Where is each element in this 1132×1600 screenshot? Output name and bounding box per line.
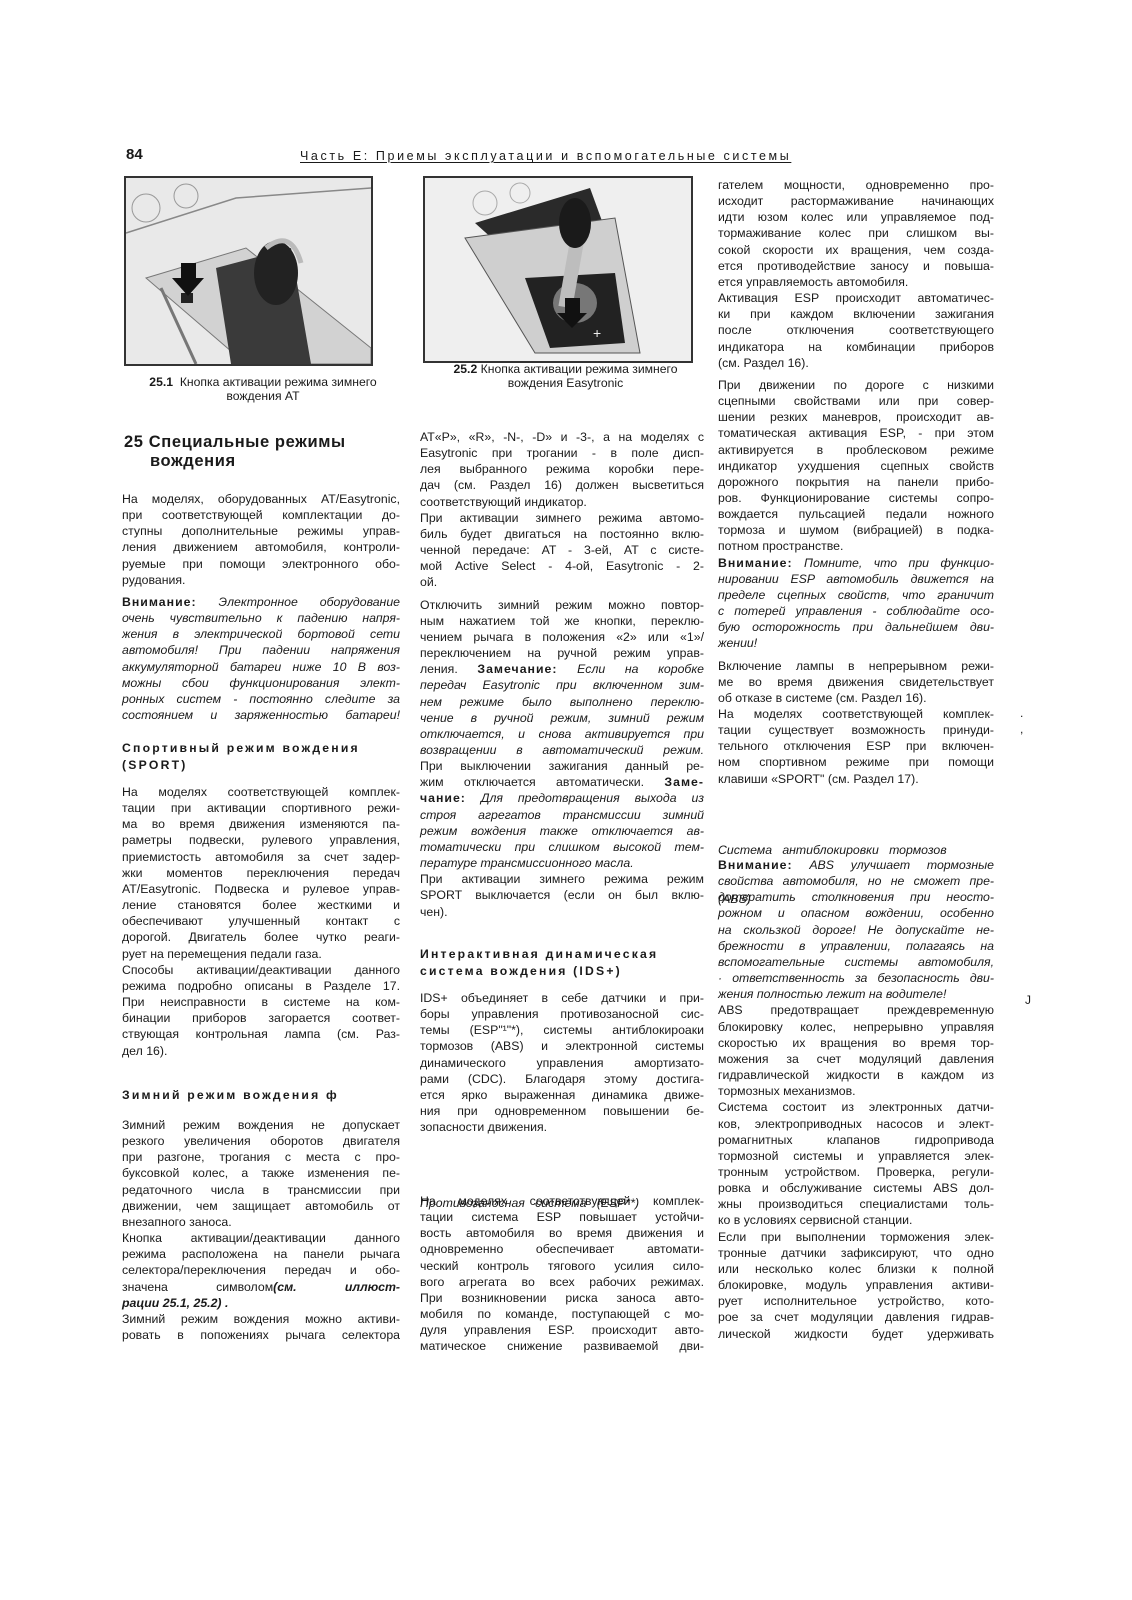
- text-line: дотвратить столкновения при неосто-: [718, 889, 994, 905]
- text-line: мобиля по команде, поступающей с мо-: [420, 1306, 704, 1322]
- text-line: ровать в попожениях рычага селектора: [122, 1327, 400, 1343]
- text-line: Easytronic при трогании - в поле дисп-: [420, 445, 704, 461]
- text-line: тельного отключения ESP при включен-: [718, 738, 994, 754]
- text-line: рует исполнительное устройство, кото-: [718, 1293, 994, 1309]
- running-title: Часть Е: Приемы эксплуатации и вспомогат…: [300, 149, 791, 163]
- text-line: Для предотвращения выхода из: [481, 791, 704, 805]
- column-1: На моделях, оборудованных AT/Easytronic,…: [122, 491, 400, 723]
- text-line: На моделях соответствующей комплек-: [420, 1193, 704, 1209]
- section-title: Специальные режимы: [149, 433, 346, 451]
- caption-text: Кнопка активации режима зимнего: [180, 375, 377, 389]
- text-line: томатически при слишком высокой тем-: [420, 839, 704, 855]
- text-line: ния при одновременном повышении бе-: [420, 1103, 704, 1119]
- text-line: при разгоне, трогания с места с про-: [122, 1149, 400, 1165]
- text-line: ления.: [420, 662, 458, 676]
- text-line: тронные датчики зафиксируют, что одно: [718, 1245, 994, 1261]
- paragraph: гателем мощности, одновременно про- исхо…: [718, 177, 994, 371]
- intro-paragraph: На моделях, оборудованных AT/Easytronic,…: [122, 491, 400, 588]
- text-line: аккумуляторной батареи ниже 10 В воз-: [122, 659, 400, 675]
- text-line: бую осторожность при дальнейшем дви-: [718, 619, 994, 635]
- text-line: руемые при помощи электронного обо-: [122, 556, 400, 572]
- subheading: система вождения (IDS+): [420, 963, 704, 980]
- svg-text:+: +: [593, 325, 601, 341]
- text-line: ко в условиях сервисной станции.: [718, 1212, 994, 1228]
- text-line: чен).: [420, 904, 704, 920]
- text-line: рожном и опасном вождении, особенно: [718, 905, 994, 921]
- text-line: Активация ESP происходит автоматичес-: [718, 290, 994, 306]
- caption-text: Кнопка активации режима зимнего: [481, 362, 678, 376]
- text-line: зопасности движения.: [420, 1119, 704, 1135]
- text-line: ABS предотвращает преждевременную: [718, 1002, 994, 1018]
- caption-text: вождения Easytronic: [423, 376, 708, 390]
- text-line: тормаживание колес при слишком вы-: [718, 225, 994, 241]
- text-line: Включение лампы в непрерывном режи-: [718, 658, 994, 674]
- text-line: SPORT выключается (если он был вклю-: [420, 887, 704, 903]
- text-line: шении резких маневров, происходит ав-: [718, 409, 994, 425]
- text-line: редаточного числа в трансмиссии при: [122, 1182, 400, 1198]
- paragraph: Отключить зимний режим можно повтор- ным…: [420, 597, 704, 920]
- text-line: ков, электроприводных насосов и элект-: [718, 1116, 994, 1132]
- text-line: AT«P», «R», -N-, -D» и -3-, а на моделях…: [420, 429, 704, 445]
- text-line: пределе сцепных свойств, что граничит: [718, 587, 994, 603]
- warning-paragraph: Внимание: Электронное оборудование очень…: [122, 594, 400, 723]
- text-line: Кнопка активации/деактивации данного: [122, 1230, 400, 1246]
- text-line: режима подробно описаны в Разделе 17.: [122, 978, 400, 994]
- text-line: состоянием и заряженностью батареи!: [122, 707, 400, 723]
- subheading: Спортивный режим вождения: [122, 740, 400, 757]
- figure-number: 25.1: [149, 375, 173, 389]
- text-line: блокировку колес, непрерывно управляя: [718, 1019, 994, 1035]
- text-line: рами (CDC). Благодаря этому достига-: [420, 1071, 704, 1087]
- text-line: тормозов (ABS) и электронной системы: [420, 1038, 704, 1054]
- text-line: отключается, и снова активируется при: [420, 726, 704, 742]
- warning-label: Внимание:: [122, 595, 197, 609]
- text-line: боры управления противозаносной сис-: [420, 1006, 704, 1022]
- winter-heading: Зимний режим вождения ф: [122, 1087, 400, 1104]
- text-line: ой.: [420, 574, 704, 590]
- text-line: биль будет двигаться на постоянно вклю-: [420, 526, 704, 542]
- abs-section: Внимание: ABS улучшает тормозные свойств…: [718, 857, 994, 1342]
- text-line: вость автомобиля во время движения и: [420, 1225, 704, 1241]
- text-line: ется ярко выраженная динамика движе-: [420, 1087, 704, 1103]
- text-line: тации при активации спортивного режи-: [122, 800, 400, 816]
- text-line: Электронное оборудование: [219, 595, 400, 609]
- text-line: нем режиме было выполнено переклю-: [420, 694, 704, 710]
- text-line: скоростью их вращения во время тор-: [718, 1035, 994, 1051]
- warning-label: Внимание:: [718, 556, 793, 570]
- text-line: пературе трансмиссионного масла.: [420, 855, 704, 871]
- text-line: обеспечивают улучшенный контакт с: [122, 913, 400, 929]
- text-line: При выключении зажигания данный ре-: [420, 758, 704, 774]
- text-line: ление становятся более жесткими и: [122, 897, 400, 913]
- text-line: При активации зимнего режима автомо-: [420, 510, 704, 526]
- text-line: возвращении в автоматический режим.: [420, 742, 704, 758]
- text-line: ления движением автомобиля, контроли-: [122, 539, 400, 555]
- text-line: жки моментов переключения передач: [122, 865, 400, 881]
- text-line: гидравлической жидкости в каждом из: [718, 1067, 994, 1083]
- text-line: сцепными свойствами или при совер-: [718, 393, 994, 409]
- section-heading: 25 Специальные режимы вождения: [124, 433, 404, 471]
- text-line: тации существует возможность принуди-: [718, 722, 994, 738]
- text-line: Зимний режим вождения можно активи-: [122, 1311, 400, 1327]
- text-line: сокой скорости их вращения, чем созда-: [718, 242, 994, 258]
- section-title: вождения: [124, 452, 404, 471]
- paragraph: Включение лампы в непрерывном режи- ме в…: [718, 658, 994, 787]
- margin-mark: .: [1020, 706, 1023, 720]
- text-line: ромагнитных клапанов гидропривода: [718, 1132, 994, 1148]
- paragraph: AT«P», «R», -N-, -D» и -3-, а на моделях…: [420, 429, 704, 591]
- figure-25-2-caption: 25.2 Кнопка активации режима зимнего вож…: [423, 362, 708, 390]
- text-line: жении!: [718, 635, 994, 651]
- margin-mark: J: [1025, 993, 1031, 1007]
- text-line: дорогой. Двигатель более чутко реаги-: [122, 929, 400, 945]
- text-line: одновременно обеспечивает автомати-: [420, 1241, 704, 1257]
- subheading: Зимний режим вождения ф: [122, 1087, 400, 1104]
- text-line: На моделях соответствующей комплек-: [122, 784, 400, 800]
- text-line: с потерей управления - соблюдайте осо-: [718, 603, 994, 619]
- gear-selector-easytronic-photo-icon: +: [425, 178, 691, 361]
- ids-paragraph: IDS+ объединяет в себе датчики и при- бо…: [420, 990, 704, 1135]
- sport-heading: Спортивный режим вождения (SPORT): [122, 740, 400, 774]
- text-line: нировании ESP автомобиль движется на: [718, 571, 994, 587]
- text-line: мой Active Select - 4-ой, Easytronic - 2…: [420, 558, 704, 574]
- text-line: тормозной системы и управляется элек-: [718, 1148, 994, 1164]
- text-line: ном спортивном режиме при помощи: [718, 754, 994, 770]
- text-line: жим отключается автоматически.: [420, 775, 644, 789]
- figure-25-1-image: [124, 176, 373, 366]
- text-line: ки при каждом включении зажигания: [718, 306, 994, 322]
- text-line: селектора/переключения передач и обо-: [122, 1262, 400, 1278]
- sport-paragraph: На моделях соответствующей комплек- таци…: [122, 784, 400, 1059]
- caption-text: вождения AT: [124, 389, 402, 403]
- text-line: При неисправности в системе на ком-: [122, 994, 400, 1010]
- text-line: режима расположена на панели рычага: [122, 1246, 400, 1262]
- text-line: очень чувствительно к падению напря-: [122, 610, 400, 626]
- text-line: дел 16).: [122, 1043, 400, 1059]
- text-line: об отказе в системе (см. Раздел 16).: [718, 690, 994, 706]
- text-line: на скользкой дороге! Не допускайте не-: [718, 922, 994, 938]
- text-line: Система состоит из электронных датчи-: [718, 1099, 994, 1115]
- text-line: можения за счет модуляций давления: [718, 1051, 994, 1067]
- text-line: гателем мощности, одновременно про-: [718, 177, 994, 193]
- text-line: При активации зимнего режима режим: [420, 871, 704, 887]
- text-line: ровка и обслуживание системы ABS дол-: [718, 1180, 994, 1196]
- text-line: приемистость автомобиля за счет задер-: [122, 849, 400, 865]
- text-line: жения полностью лежит на водителе!: [718, 986, 994, 1002]
- figure-25-1-caption: 25.1 Кнопка активации режима зимнего вож…: [124, 375, 402, 403]
- esp-paragraph: На моделях соответствующей комплек- таци…: [420, 1193, 704, 1355]
- text-line: дуля управления ESP. происходит авто-: [420, 1322, 704, 1338]
- text-line: тормозных механизмов.: [718, 1083, 994, 1099]
- text-line: брежности в управлении, полагаясь на: [718, 938, 994, 954]
- text-line: Если при выполнении торможения элек-: [718, 1229, 994, 1245]
- text-line: темы (ESP"¹"*), системы антиблокироаки: [420, 1022, 704, 1038]
- column-2: AT«P», «R», -N-, -D» и -3-, а на моделях…: [420, 429, 704, 920]
- text-line: динамического управления амортизато-: [420, 1055, 704, 1071]
- text-line: вого агрегата во всех рабочих режимах.: [420, 1274, 704, 1290]
- text-line: тации система ESP повышает устойчи-: [420, 1209, 704, 1225]
- text-line: Если на коробке: [577, 662, 704, 676]
- text-line: тормоза и шумом (вибрацией) в подка-: [718, 522, 994, 538]
- text-line: внезапного заноса.: [122, 1214, 400, 1230]
- text-line: резкого увеличения оборотов двигателя: [122, 1133, 400, 1149]
- gear-selector-at-photo-icon: [126, 178, 371, 364]
- text-line: вспомогательные системы автомобиля,: [718, 954, 994, 970]
- text-line: На моделях, оборудованных AT/Easytronic,: [122, 491, 400, 507]
- page-number: 84: [126, 146, 143, 163]
- column-3: гателем мощности, одновременно про- исхо…: [718, 177, 994, 787]
- text-line: ется управляемость автомобиля.: [718, 274, 994, 290]
- text-line: · ответственность за безопасность дви-: [718, 970, 994, 986]
- text-line: блокировке, модуль управления активи-: [718, 1277, 994, 1293]
- text-line: бинации приборов загорается соответ-: [122, 1010, 400, 1026]
- text-line: значена символом: [122, 1280, 273, 1294]
- text-line: ров. Функционирование системы сопро-: [718, 490, 994, 506]
- text-line: передач Easytronic при включенном зим-: [420, 677, 704, 693]
- text-line: лической жидкости будет удерживать: [718, 1326, 994, 1342]
- text-line: после отключения соответствующего: [718, 322, 994, 338]
- text-line: идти юзом колес или управляемое под-: [718, 209, 994, 225]
- text-line: раметры подвески, рулевого управления,: [122, 832, 400, 848]
- text-line: При движении по дороге с низкими: [718, 377, 994, 393]
- text-line: рует на перемещения педали газа.: [122, 946, 400, 962]
- text-line: Зимний режим вождения не допускает: [122, 1117, 400, 1133]
- margin-mark: ,: [1020, 722, 1023, 736]
- text-line: ческий контроль тягового усилия сило-: [420, 1258, 704, 1274]
- subheading: (SPORT): [122, 757, 400, 774]
- note-label: Замечание:: [477, 662, 557, 676]
- text-line: при соответствующей комплектации до-: [122, 507, 400, 523]
- text-line: Отключить зимний режим можно повтор-: [420, 597, 704, 613]
- note-label: чание:: [420, 791, 466, 805]
- text-line: движении, чем защищает автомобиль от: [122, 1198, 400, 1214]
- section-number: 25: [124, 433, 144, 451]
- figure-reference: (см. иллюст-: [273, 1280, 400, 1294]
- warning-label: Внимание:: [718, 858, 793, 872]
- text-line: рое за счет модуляции давления гидрав-: [718, 1309, 994, 1325]
- text-line: (см. Раздел 16).: [718, 355, 994, 371]
- text-line: автомобиля! При падении напряжения: [122, 642, 400, 658]
- text-line: ронных систем - постоянно следите за: [122, 691, 400, 707]
- text-line: индикатора на комбинации приборов: [718, 339, 994, 355]
- text-line: чение в ручной режим, зимний режим: [420, 710, 704, 726]
- winter-paragraph: Зимний режим вождения не допускает резко…: [122, 1117, 400, 1343]
- text-line: ступны дополнительные режимы управ-: [122, 523, 400, 539]
- text-line: ма во время движения изменяются па-: [122, 816, 400, 832]
- text-line: соответствующий индикатор.: [420, 494, 704, 510]
- text-line: потном пространстве.: [718, 538, 994, 554]
- figure-reference: рации 25.1, 25.2) .: [122, 1295, 400, 1311]
- text-line: На моделях соответствующей комплек-: [718, 706, 994, 722]
- figure-number: 25.2: [454, 362, 478, 376]
- text-line: дорожного покрытия на панели прибо-: [718, 474, 994, 490]
- text-line: ствующая контрольная лампа (см. Раз-: [122, 1026, 400, 1042]
- text-line: свойства автомобиля, но не сможет пре-: [718, 873, 994, 889]
- text-line: IDS+ объединяет в себе датчики и при-: [420, 990, 704, 1006]
- text-line: ме во время движения свидетельствует: [718, 674, 994, 690]
- subheading: Интерактивная динамическая: [420, 946, 704, 963]
- text-line: вождается пульсацией педали ножного: [718, 506, 994, 522]
- text-line: активируется в проблесковом режиме: [718, 442, 994, 458]
- text-line: лея выбранного режима коробки пере-: [420, 461, 704, 477]
- text-line: жения в электрической бортовой сети: [122, 626, 400, 642]
- text-line: буксовкой колес, а также изменения пе-: [122, 1165, 400, 1181]
- figure-25-2-image: +: [423, 176, 693, 363]
- text-line: жны производиться специалистами толь-: [718, 1196, 994, 1212]
- text-line: AT/Easytronic. Подвеска и рулевое управ-: [122, 881, 400, 897]
- text-line: можны сбои функционирования элект-: [122, 675, 400, 691]
- text-line: клавиши «SPORT" (см. Раздел 17).: [718, 771, 994, 787]
- text-line: исходит растормаживание начинающих: [718, 193, 994, 209]
- text-line: режим вождения также отключается ав-: [420, 823, 704, 839]
- paragraph: При движении по дороге с низкими сцепным…: [718, 377, 994, 652]
- ids-heading: Интерактивная динамическая система вожде…: [420, 946, 704, 980]
- text-line: матическое снижение развиваемой дви-: [420, 1338, 704, 1354]
- text-line: При возникновении риска заноса авто-: [420, 1290, 704, 1306]
- text-line: или несколько колес близки к полной: [718, 1261, 994, 1277]
- text-line: переключением на ручной режим управ-: [420, 645, 704, 661]
- text-line: ABS улучшает тормозные: [809, 858, 994, 872]
- text-line: индикатор ухудшения сцепных свойств: [718, 458, 994, 474]
- text-line: строя агрегатов трансмиссии зимний: [420, 807, 704, 823]
- note-label: Заме-: [664, 775, 704, 789]
- text-line: Способы активации/деактивации данного: [122, 962, 400, 978]
- text-line: Помните, что при функцио-: [804, 556, 994, 570]
- text-line: чением рычага в положения «2» или «1»/: [420, 629, 704, 645]
- text-line: ется противодействие заносу и повыша-: [718, 258, 994, 274]
- text-line: дач (см. Раздел 16) должен высветиться: [420, 477, 704, 493]
- text-line: тронным устройством. Проверка, регули-: [718, 1164, 994, 1180]
- text-line: томатическая активация ESP, - при этом: [718, 425, 994, 441]
- text-line: рудования.: [122, 572, 400, 588]
- text-line: ным нажатием той же кнопки, переклю-: [420, 613, 704, 629]
- text-line: ченной передаче: AT - 3-ей, AT с систе-: [420, 542, 704, 558]
